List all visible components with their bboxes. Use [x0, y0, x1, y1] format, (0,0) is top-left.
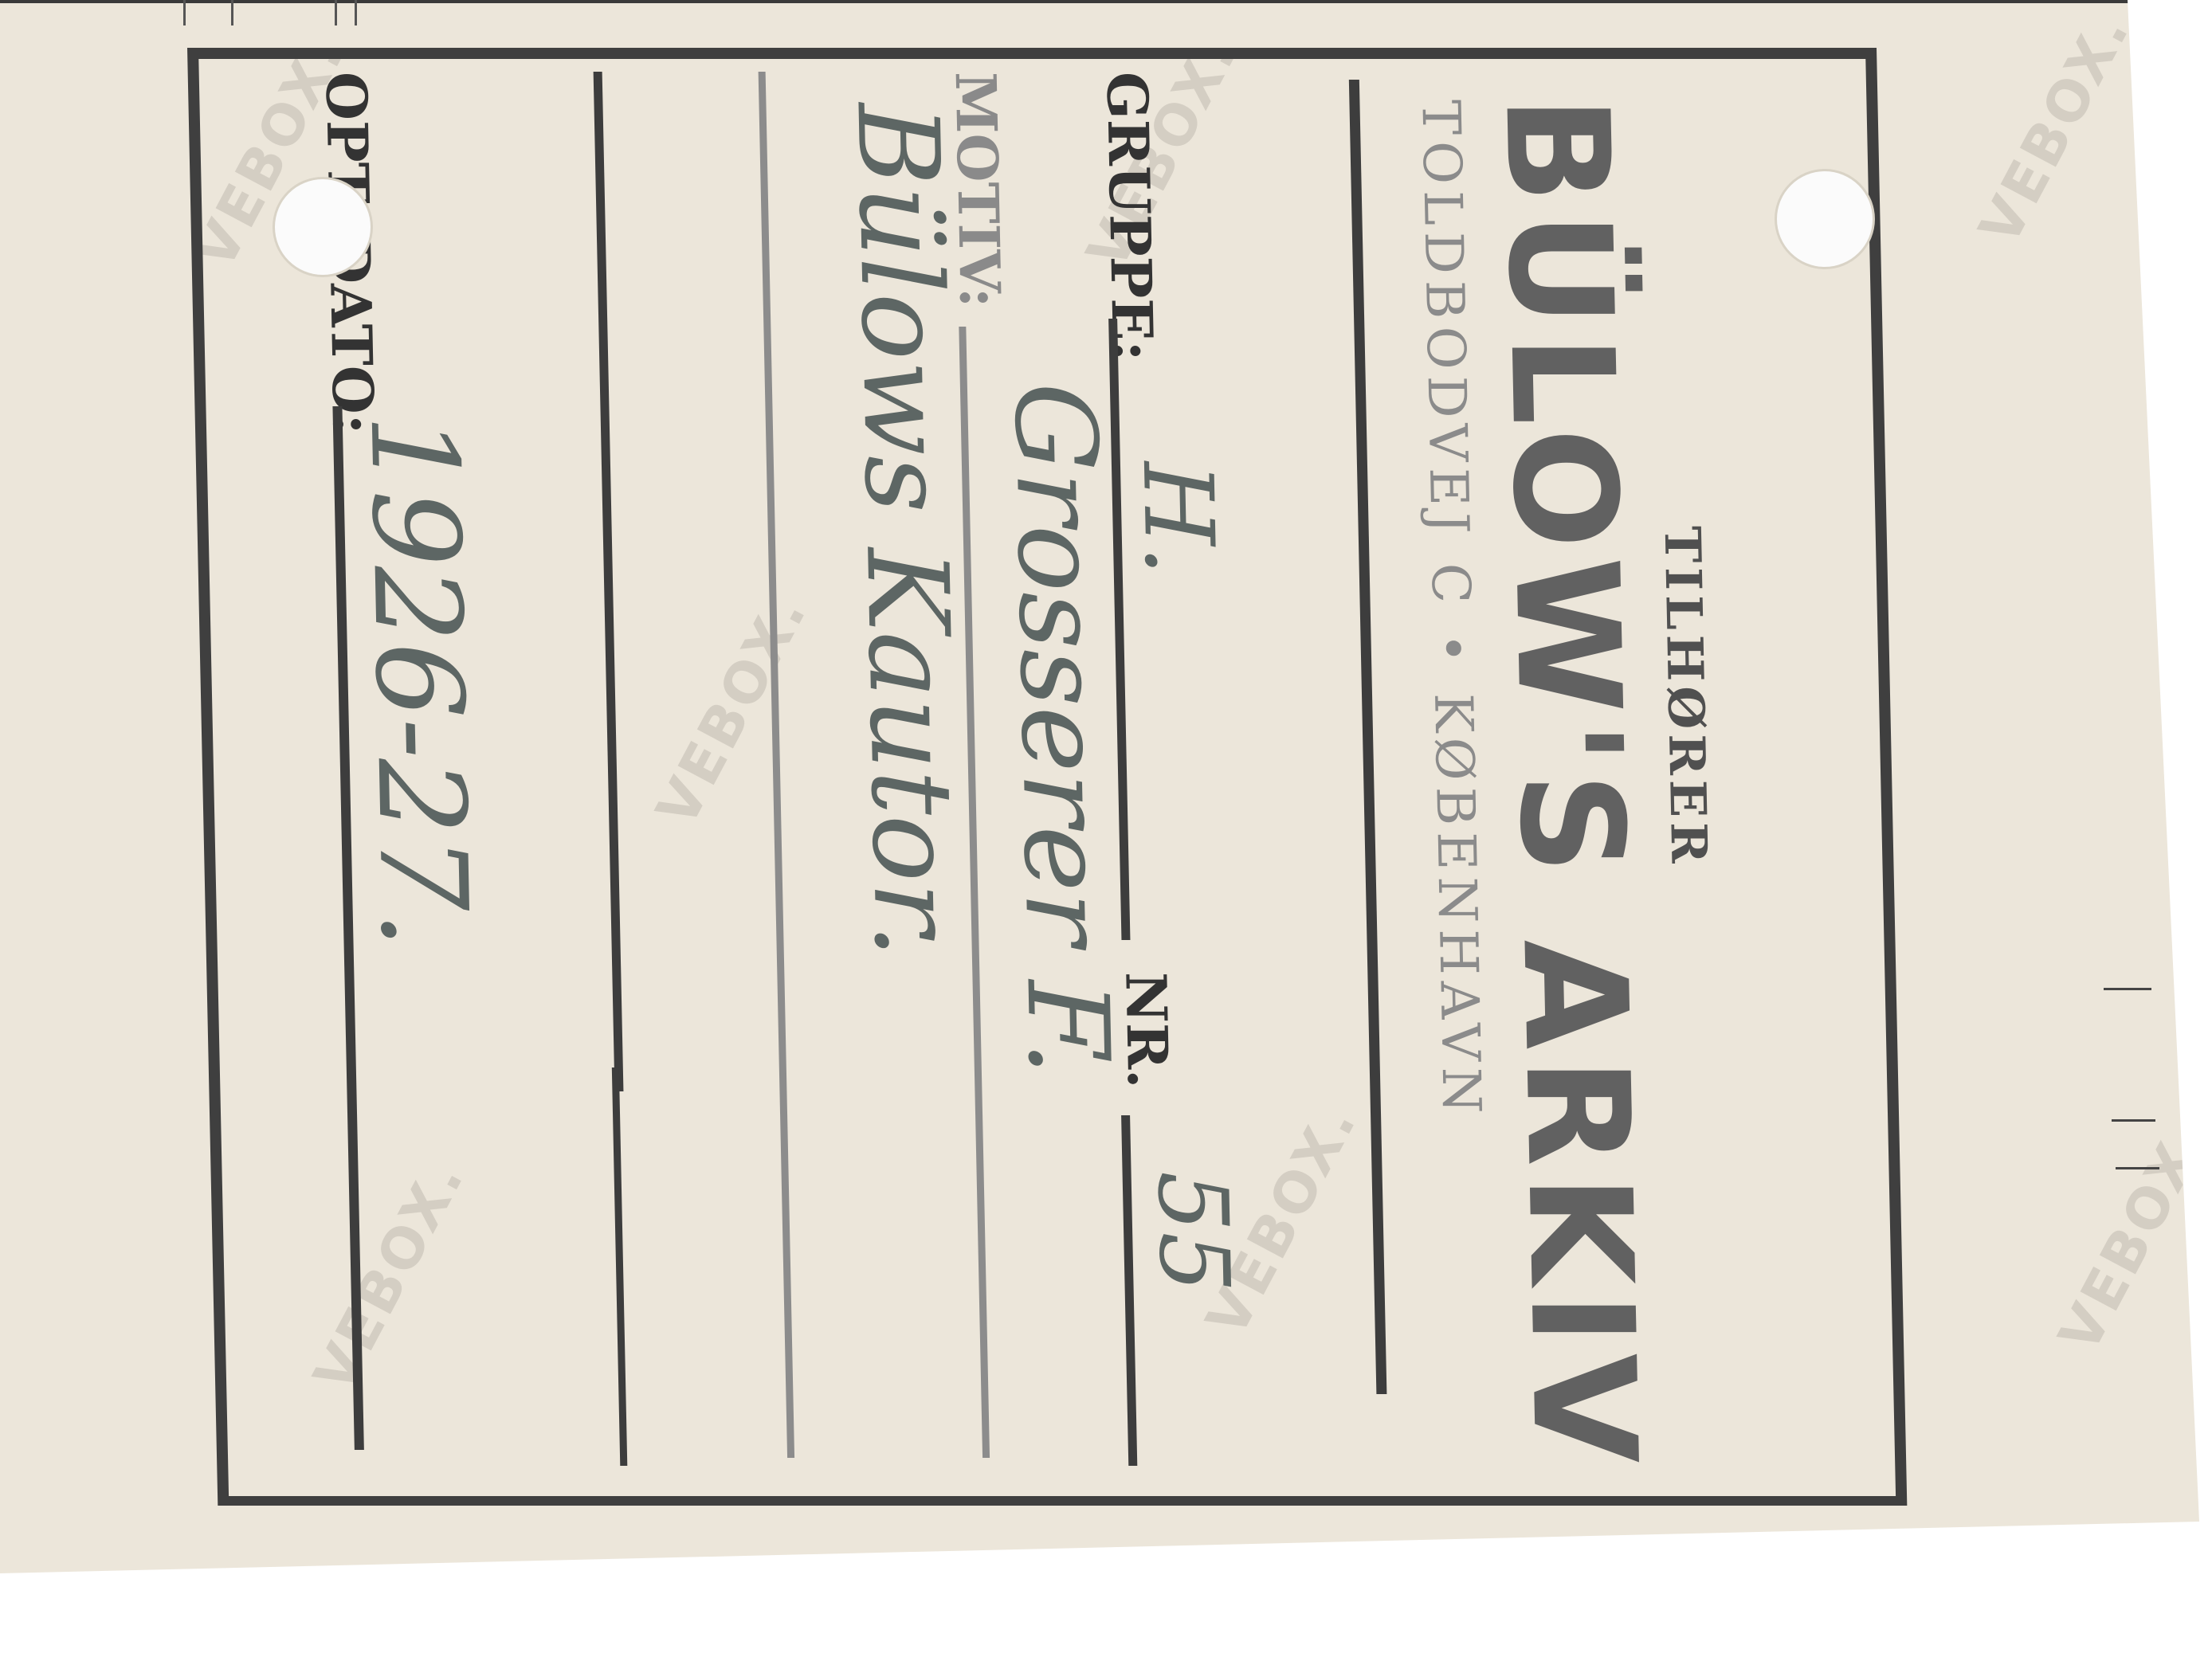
gruppe-label: GRUPPE: [1094, 72, 1167, 361]
watermark: VEBOX. [2046, 1109, 2212, 1362]
punch-hole [275, 179, 371, 275]
watermark: VEBOX. [1967, 2, 2143, 255]
motiv-value-line1: Grosserer F. [989, 382, 1133, 1076]
owner-prefix: TILHØRER [1653, 526, 1719, 868]
punch-hole [1777, 171, 1873, 267]
archive-card: VEBOX. VEBOX. VEBOX. VEBOX. VEBOX. VEBOX… [0, 0, 2212, 1657]
scanner-edge-shadow [0, 0, 2151, 3]
stamp-area: TILHØRER BÜLOW'S ARKIV TOLDBODVEJ C • KØ… [155, 48, 1908, 1522]
gruppe-value: H. [1121, 462, 1234, 576]
opt-dato-value: 1926-27. [343, 414, 493, 949]
archive-name: BÜLOW'S ARKIV [1473, 96, 1667, 1471]
nr-value: 55 [1136, 1171, 1249, 1293]
motiv-value-line2: Bülows Kautor. [831, 104, 979, 958]
